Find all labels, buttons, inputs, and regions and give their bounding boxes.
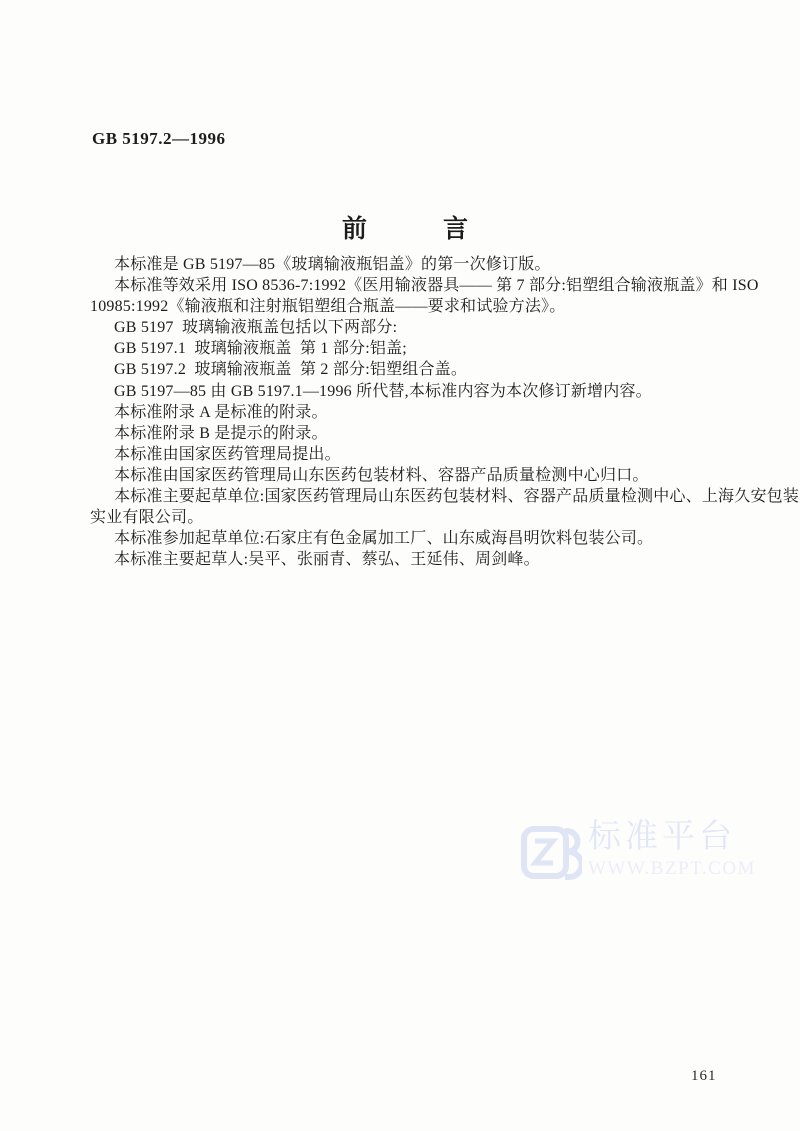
body-line: 本标准由国家医药管理局山东医药包装材料、容器产品质量检测中心归口。	[90, 465, 730, 486]
body-line: 本标准等效采用 ISO 8536-7:1992《医用输液器具—— 第 7 部分:…	[90, 275, 730, 296]
body-line: GB 5197.2 玻璃输液瓶盖 第 2 部分:铝塑组合盖。	[90, 359, 730, 380]
foreword-body: 本标准是 GB 5197—85《玻璃输液瓶铝盖》的第一次修订版。本标准等效采用 …	[90, 254, 730, 570]
watermark-url: WWW.BZPT.COM	[588, 858, 756, 880]
body-line: 实业有限公司。	[90, 507, 730, 528]
body-line: 本标准由国家医药管理局提出。	[90, 444, 730, 465]
bzpt-logo-icon	[520, 825, 582, 883]
body-line: GB 5197—85 由 GB 5197.1—1996 所代替,本标准内容为本次…	[90, 381, 730, 402]
document-page: GB 5197.2—1996 前 言 本标准是 GB 5197—85《玻璃输液瓶…	[0, 0, 800, 1131]
body-line: 本标准主要起草人:吴平、张丽青、蔡弘、王延伟、周剑峰。	[90, 549, 730, 570]
page-title: 前 言	[0, 209, 800, 245]
watermark: 标准平台 WWW.BZPT.COM	[520, 820, 756, 883]
watermark-brand: 标准平台	[588, 820, 756, 854]
body-line: 本标准附录 B 是提示的附录。	[90, 423, 730, 444]
watermark-text: 标准平台 WWW.BZPT.COM	[588, 820, 756, 880]
standard-number: GB 5197.2—1996	[92, 129, 226, 149]
body-line: GB 5197.1 玻璃输液瓶盖 第 1 部分:铝盖;	[90, 338, 730, 359]
body-line: 本标准主要起草单位:国家医药管理局山东医药包装材料、容器产品质量检测中心、上海久…	[90, 486, 730, 507]
page-number: 161	[691, 1068, 717, 1085]
page-title-char-1: 前	[342, 209, 367, 245]
page-title-char-2: 言	[443, 209, 468, 245]
body-line: 10985:1992《输液瓶和注射瓶铝塑组合瓶盖——要求和试验方法》。	[90, 296, 730, 317]
body-line: 本标准附录 A 是标准的附录。	[90, 402, 730, 423]
body-line: 本标准参加起草单位:石家庄有色金属加工厂、山东威海昌明饮料包装公司。	[90, 528, 730, 549]
body-line: 本标准是 GB 5197—85《玻璃输液瓶铝盖》的第一次修订版。	[90, 254, 730, 275]
body-line: GB 5197 玻璃输液瓶盖包括以下两部分:	[90, 317, 730, 338]
